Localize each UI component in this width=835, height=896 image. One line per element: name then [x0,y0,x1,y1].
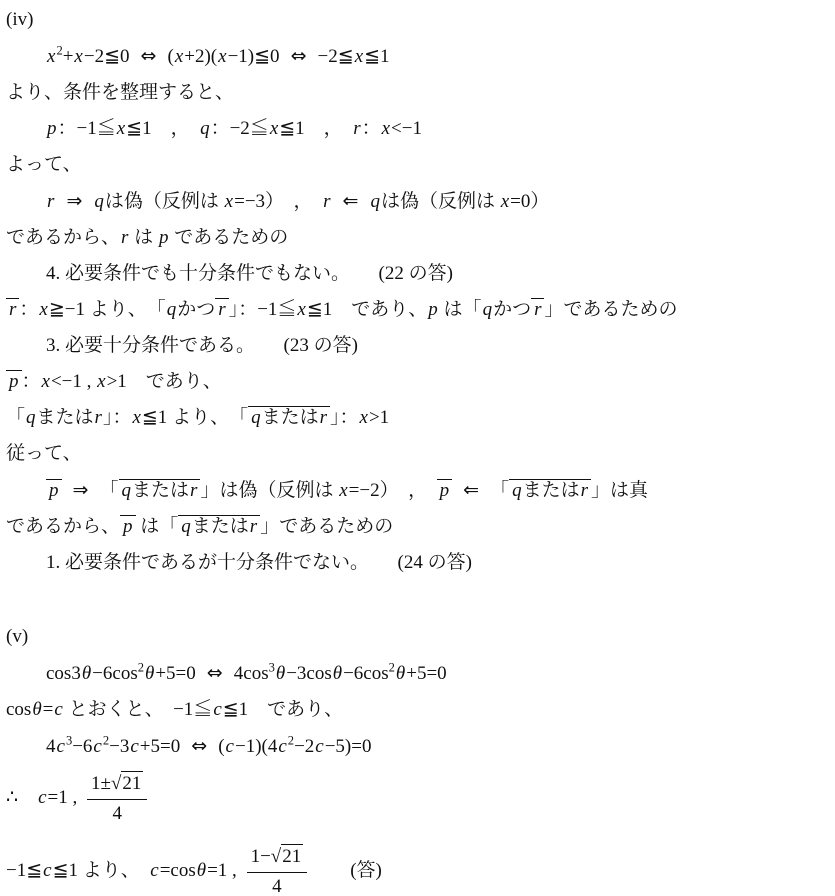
doc-line: 4c3−6c2−3c+5=0 ⇔ (c−1)(4c2−2c−5)=0 [6,734,827,759]
text-run: より、 「 [167,407,248,428]
math-run: −6 [72,736,92,757]
math-run: <−1 , [51,371,96,392]
math-variable: c [42,860,52,881]
math-variable: x [359,407,369,428]
math-variable: q [166,299,178,320]
overline-group: qまたはr [509,479,591,501]
radical-sign-icon: √ [111,772,121,796]
math-run: (iv) [6,9,33,30]
math-run: ： [362,118,381,139]
math-variable: c [37,787,47,808]
double-arrow-symbol: ⇐ [452,479,490,501]
doc-line: より、条件を整理すると、 [6,81,827,105]
text-run: または [132,480,189,501]
text-run: とおくと、 [64,699,173,720]
text-run: (答) [312,860,382,881]
text-run: よって、 [6,154,82,175]
text-run: 「 [490,480,509,501]
text-run: であり、 [332,299,427,320]
text-run: であり、 [127,371,222,392]
overline-group: r [215,298,228,320]
math-run: +5=0 [406,663,446,684]
math-variable: p [439,480,451,501]
doc-line: p ⇒ 「qまたはr」は偽（反例は x=−2） ， p ⇐ 「qまたはr」は真 [6,478,827,503]
math-variable: θ [81,663,92,684]
math-variable: x [354,46,364,67]
math-run: 4 [46,736,56,757]
doc-line: 従って、 [6,442,827,466]
text-run: (23 の答) [246,335,358,356]
radicand: 21 [281,844,303,869]
math-run: cos [6,699,31,720]
radical-sign-icon: √ [271,845,281,869]
text-run: 」： [330,407,359,428]
math-run: 21 [282,846,301,867]
math-run: + [63,46,74,67]
doc-line: 4. 必要条件でも十分条件でもない。 (22 の答) [6,262,827,286]
text-run: または [37,407,94,428]
math-run: 21 [122,773,141,794]
math-run: −2≦ [318,46,354,67]
math-variable: q [93,191,105,212]
math-variable: q [25,407,37,428]
math-variable: θ [275,663,286,684]
math-run: ≧−1 [49,299,85,320]
text-run: 」は真 [591,480,648,501]
overline-group: p [46,479,62,501]
math-run: −5)=0 [325,736,372,757]
fraction: 1±√214 [87,771,147,826]
math-run: −2≦0 [84,46,130,67]
math-variable: p [48,480,60,501]
text-run: 」： [103,407,132,428]
math-variable: r [94,407,103,428]
math-variable: x [38,299,48,320]
math-variable: x [73,46,83,67]
math-variable: r [189,480,198,501]
math-variable: x [500,191,510,212]
math-run: ：−1≦ [58,118,116,139]
text-run: ， [152,118,200,139]
math-variable: θ [196,860,207,881]
text-run: ） ， [380,480,437,501]
text-run: であり、 [248,699,343,720]
doc-line: cosθ=c とおくと、 −1≦c≦1 であり、 [6,698,827,722]
superscript: 2 [389,661,395,675]
math-run: =cos [160,860,196,881]
math-variable: p [46,118,58,139]
overline-group: p [6,370,22,392]
math-variable: c [225,736,235,757]
doc-line: (iv) [6,8,827,32]
math-run: ∴ [6,787,37,808]
radical: √21 [111,773,143,794]
math-run: ≦1 [223,699,248,720]
math-variable: c [212,699,222,720]
math-variable: θ [144,663,155,684]
doc-line: (v) [6,625,827,649]
math-variable: θ [31,699,42,720]
math-variable: q [180,516,192,537]
math-run: =1 , [207,860,241,881]
math-variable: q [369,191,381,212]
fraction: 1−√214 [247,844,308,896]
math-variable: r [352,118,361,139]
math-run: ≦1 [307,299,332,320]
math-variable: r [8,299,17,320]
math-variable: x [269,118,279,139]
double-arrow-symbol: ⇔ [130,45,168,67]
overline-group: r [6,298,19,320]
overline-group: qまたはr [248,406,330,428]
math-variable: r [580,480,589,501]
math-variable: c [56,736,66,757]
overline-group: p [437,479,453,501]
math-variable: x [217,46,227,67]
text-run: 必要十分条件である。 [65,335,246,356]
superscript: 3 [269,661,275,675]
text-run: ） ， [265,191,322,212]
math-run: −3 [109,736,129,757]
fraction-numerator: 1−√21 [247,844,308,872]
math-run: −1≦ [6,860,42,881]
text-run: 」であるための [260,516,393,537]
math-run: −1≦ [257,299,296,320]
math-run: >1 [107,371,127,392]
double-arrow-symbol: ⇒ [55,190,93,212]
text-run: は [129,227,158,248]
doc-line: cos3θ−6cos2θ+5=0 ⇔ 4cos3θ−3cosθ−6cos2θ+5… [6,661,827,686]
doc-line: ∴ c=1 , 1±√214 [6,771,827,826]
math-run: ≦1 [279,118,304,139]
text-run: であるから、 [6,227,120,248]
math-run: cos3 [46,663,81,684]
math-variable: c [149,860,159,881]
math-run: ：−2≦ [211,118,269,139]
math-variable: x [381,118,391,139]
double-arrow-symbol: ⇒ [62,479,100,501]
double-arrow-symbol: ⇔ [196,662,234,684]
text-run: ） [530,191,549,212]
fraction-denominator: 4 [87,799,147,826]
math-run: 4cos [234,663,269,684]
math-variable: x [174,46,184,67]
math-variable: r [319,407,328,428]
math-variable: q [250,407,262,428]
doc-line: 「qまたはr」：x≦1 より、 「qまたはr」：x>1 [6,406,827,430]
document-page: (iv)x2+x−2≦0 ⇔ (x+2)(x−1)≦0 ⇔ −2≦x≦1より、条… [0,0,835,896]
math-run: ( [218,736,224,757]
text-run: であるための [169,227,288,248]
math-variable: p [158,227,170,248]
text-run: 」は偽（反例は [200,480,338,501]
math-run: −3cos [286,663,332,684]
text-run: より、 [78,860,149,881]
fraction-denominator: 4 [247,872,308,896]
text-run: であるから、 [6,516,120,537]
doc-line: であるから、r は p であるための [6,226,827,250]
text-run: 必要条件であるが十分条件でない。 [65,552,360,573]
text-run: より、 「 [85,299,166,320]
text-run: または [523,480,580,501]
math-run: ≦1 [364,46,389,67]
math-variable: r [46,191,55,212]
doc-line: であるから、p は「qまたはr」であるための [6,515,827,539]
text-run: は偽（反例は [381,191,500,212]
text-run: は偽（反例は [105,191,224,212]
math-run: 1− [251,846,271,867]
doc-line: r：x≧−1 より、 「qかつr」：−1≦x≦1 であり、p は「qかつr」であ… [6,298,827,322]
math-run: =1 , [48,787,82,808]
math-variable: x [116,118,126,139]
math-run: ≦1 [126,118,151,139]
math-run: =−2 [349,480,380,501]
math-run: (v) [6,626,28,647]
math-variable: x [296,299,306,320]
double-arrow-symbol: ⇔ [280,45,318,67]
math-variable: p [8,371,20,392]
overline-group: r [531,298,544,320]
doc-line: p：−1≦x≦1 ， q：−2≦x≦1 ， r：x<−1 [6,117,827,141]
math-variable: p [122,516,134,537]
math-run: 3. [46,335,65,356]
math-variable: q [121,480,133,501]
math-variable: x [96,371,106,392]
math-variable: r [249,516,258,537]
text-run: は「 [439,299,482,320]
math-run: 4 [272,876,282,896]
math-variable: q [482,299,494,320]
math-variable: x [224,191,234,212]
math-run: ≦1 [142,407,167,428]
math-variable: c [277,736,287,757]
math-variable: r [217,299,226,320]
math-variable: θ [395,663,406,684]
math-variable: r [533,299,542,320]
math-variable: q [511,480,523,501]
text-run: より、条件を整理すると、 [6,82,234,103]
text-run: (24 の答) [360,552,472,573]
text-run: または [262,407,319,428]
math-variable: c [129,736,139,757]
math-variable: c [53,699,63,720]
text-run: かつ [493,299,531,320]
radicand: 21 [121,771,143,796]
math-run: −1)≦0 [228,46,280,67]
math-variable: q [199,118,211,139]
math-run: 4 [112,803,122,824]
text-run: (22 の答) [341,263,453,284]
doc-line: x2+x−2≦0 ⇔ (x+2)(x−1)≦0 ⇔ −2≦x≦1 [6,44,827,69]
text-run: 「 [6,407,25,428]
math-run: −1)(4 [235,736,277,757]
math-run: ≦1 [53,860,78,881]
math-run: −1≦ [173,699,212,720]
math-run: =−3 [234,191,265,212]
math-run: 1± [91,773,111,794]
text-run: かつ [177,299,215,320]
math-variable: x [131,407,141,428]
math-run: ( [168,46,174,67]
double-arrow-symbol: ⇔ [180,735,218,757]
math-run: ： [19,299,38,320]
doc-line: −1≦c≦1 より、 c=cosθ=1 , 1−√214 (答) [6,844,827,896]
text-run: 」： [229,299,258,320]
math-run: +2)( [184,46,217,67]
radical: √21 [271,846,303,867]
overline-group: qまたはr [119,479,201,501]
math-variable: c [314,736,324,757]
math-run: +5=0 [155,663,195,684]
math-variable: x [338,480,348,501]
math-variable: x [46,46,56,67]
math-variable: r [120,227,129,248]
fraction-numerator: 1±√21 [87,771,147,799]
math-variable: x [41,371,51,392]
math-variable: θ [332,663,343,684]
doc-line: 3. 必要十分条件である。 (23 の答) [6,334,827,358]
doc-line: よって、 [6,153,827,177]
math-run: +5=0 [140,736,180,757]
math-run: −6cos [343,663,389,684]
overline-group: qまたはr [178,515,260,537]
overline-group: p [120,515,136,537]
math-run: 1. [46,552,65,573]
math-run: −6cos [92,663,138,684]
math-document: (iv)x2+x−2≦0 ⇔ (x+2)(x−1)≦0 ⇔ −2≦x≦1より、条… [6,8,827,896]
text-run: ， [305,118,353,139]
math-run: <−1 [391,118,422,139]
text-run: は「 [136,516,179,537]
text-run: または [192,516,249,537]
double-arrow-symbol: ⇐ [331,190,369,212]
doc-line: 1. 必要条件であるが十分条件でない。 (24 の答) [6,551,827,575]
math-run: = [43,699,54,720]
text-run: 」であるための [544,299,677,320]
math-run: >1 [369,407,389,428]
math-run: =0 [510,191,530,212]
text-run: 「 [100,480,119,501]
math-run: ： [22,371,41,392]
math-run: −2 [294,736,314,757]
text-run: 従って、 [6,443,82,464]
math-variable: p [427,299,439,320]
doc-line: r ⇒ qは偽（反例は x=−3） ， r ⇐ qは偽（反例は x=0） [6,189,827,214]
doc-line: p：x<−1 , x>1 であり、 [6,370,827,394]
math-run: 4. [46,263,65,284]
math-variable: c [92,736,102,757]
text-run: 必要条件でも十分条件でもない。 [65,263,341,284]
